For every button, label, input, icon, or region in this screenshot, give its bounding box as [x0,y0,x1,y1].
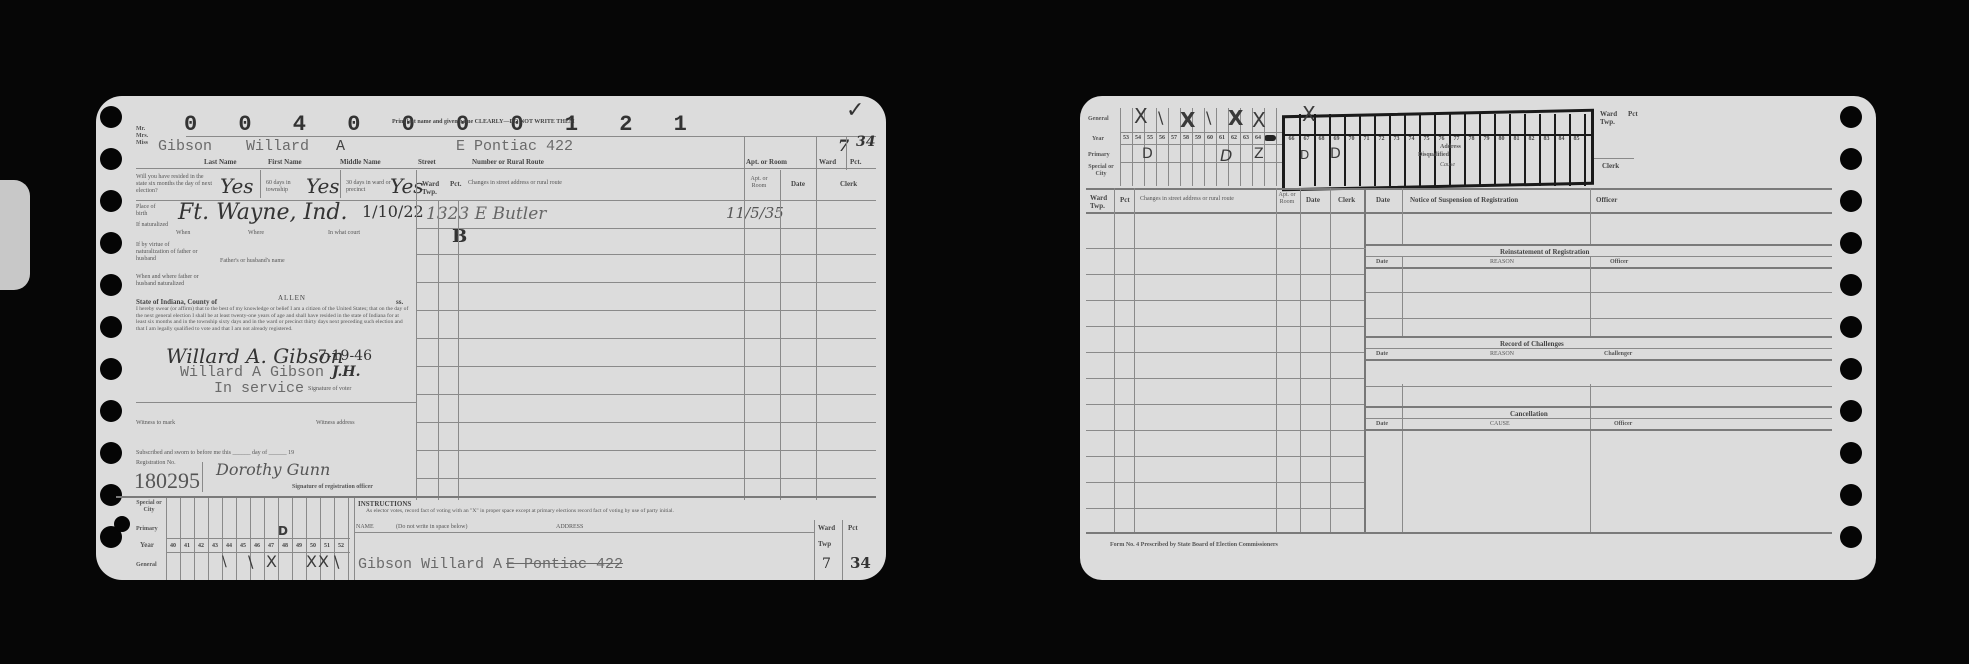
instructions-text: As elector votes, record fact of voting … [366,508,786,515]
rule [1276,108,1277,186]
rule [1509,114,1511,186]
rule [438,200,439,500]
punch-hole [100,106,122,128]
challenges-date: Date [1376,351,1388,358]
rule [1216,108,1217,186]
rule [1204,108,1205,186]
rule [1366,406,1832,408]
year-cell: 72 [1374,136,1389,142]
rule [194,498,195,580]
vote-mark: X [266,552,277,571]
rule [1086,352,1364,353]
rule [1366,256,1832,257]
rule [1366,318,1832,319]
footer-pct: 34 [850,554,871,572]
year-cell: 79 [1479,136,1494,142]
rule [1366,418,1832,419]
court-label: In what court [328,230,360,237]
reinstatement-reason: REASON [1490,259,1514,266]
rule [1086,456,1364,457]
witness-mark-label: Witness to mark [136,420,175,427]
primary-label: Primary [1088,152,1110,159]
vote-mark: X [1252,108,1266,132]
name-label: NAME [356,524,374,531]
adjacent-card-edge [0,180,30,290]
rule [1300,188,1301,532]
suspension-header: Notice of Suspension of Registration [1410,196,1518,204]
voter-registration-card-back: General Year Primary Special or City 53 … [1080,96,1876,580]
punch-hole [1840,400,1862,422]
rule [416,254,876,255]
year-label: Year [1092,136,1104,143]
rule [1132,108,1133,186]
punch-hole [100,358,122,380]
rule [1086,532,1832,534]
punch-hole [100,274,122,296]
year-cell: 80 [1494,136,1509,142]
oath-state-county: State of Indiana, County of [136,298,217,306]
challenges-challenger: Challenger [1604,351,1632,358]
rule [416,228,876,229]
clerk-initials: J.H. [332,364,361,380]
clerk-label: Clerk [1602,162,1619,170]
year-cell: 47 [264,543,278,549]
year-cell: 54 [1132,135,1144,141]
ward-question: 30 days in ward or precinct [346,180,392,194]
punch-hole [100,316,122,338]
rule [1120,108,1121,186]
rule [1554,114,1556,186]
rule [1359,114,1361,186]
year-cell: 51 [320,543,334,549]
punch-hole [100,442,122,464]
rule [1366,359,1832,361]
clerk-header: Clerk [1338,196,1355,204]
rule [348,498,349,580]
signature-date: 7-19-46 [318,348,372,364]
witness-address-label: Witness address [316,420,355,427]
voter-registration-card-front: 0 0 4 0 0 0 0 1 2 1 Print last name and … [96,96,886,580]
when-label: When [176,230,190,237]
pct-label-2: Pct. [450,180,461,188]
last-name-label: Last Name [204,158,236,166]
punch-hole [1840,148,1862,170]
year-cell: 68 [1314,136,1329,142]
state-residency-question: Will you have resided in the state six m… [136,174,216,195]
year-cell: 66 [1284,136,1299,142]
rule [816,136,817,500]
rule [1569,114,1571,186]
rule [1584,114,1586,186]
rule [1464,114,1466,186]
birth-place: Ft. Wayne, Ind. [178,200,347,225]
rule [458,200,459,500]
rule [260,170,261,198]
rule [1086,404,1364,405]
naturalized-label: If naturalized [136,222,168,229]
father-naturalized-label: When and where father or husband natural… [136,274,216,288]
rule [416,450,876,451]
rule [1330,188,1331,532]
year-cell: 77 [1449,136,1464,142]
rule [1114,188,1115,532]
rule [1524,114,1526,186]
year-cell: 62 [1228,135,1240,141]
rule [1086,378,1364,379]
rule [1086,188,1832,190]
no-write-label: (Do not write in space below) [396,524,467,531]
year-cell: 67 [1299,136,1314,142]
rule [1366,348,1832,349]
reinstatement-section [1366,244,1832,384]
pct-value: 34 [856,134,875,150]
parent-naturalization-label: If by virtue of naturalization of father… [136,242,198,263]
year-cell: 84 [1554,136,1569,142]
rule [1156,108,1157,186]
ward-twp-label: Ward Twp. [1600,110,1620,126]
year-cell: 42 [194,543,208,549]
rule [1366,336,1832,338]
reinstatement-date: Date [1376,259,1388,266]
year-cell: 52 [334,543,348,549]
changes-header: Changes in street address or rural route [1140,196,1234,203]
vote-mark: \ [334,552,339,571]
rule [416,338,876,339]
rule [846,136,847,170]
street-label: Street [418,158,436,166]
cancellation-title: Cancellation [1510,410,1548,418]
pct-header: Pct [1120,196,1130,204]
rule [1366,429,1832,431]
reinstatement-title: Reinstatement of Registration [1500,248,1589,256]
address-change-date: 11/5/35 [726,204,784,222]
clerk-label: Clerk [840,180,857,188]
vote-mark: X [1228,106,1243,130]
date2-header: Date [1376,196,1390,204]
rule [1086,274,1364,275]
middle-name-value: A [336,138,345,155]
rule [1404,114,1406,186]
year-cell: 45 [236,543,250,549]
year-cell: 74 [1404,136,1419,142]
form-footer: Form No. 4 Prescribed by State Board of … [1110,542,1278,549]
punch-hole [1840,526,1862,548]
rule [416,310,876,311]
rule [416,422,876,423]
rule [1419,114,1421,186]
year-cell: 64 [1252,135,1264,141]
year-cell: 85 [1569,136,1584,142]
birth-label: Place of birth [136,204,166,218]
footer-pct-label: Pct [848,524,858,532]
rule [1374,114,1376,186]
middle-name-label: Middle Name [340,158,381,166]
year-cell: 43 [208,543,222,549]
rule [814,520,815,580]
vote-mark: X [1134,104,1148,128]
vote-mark: \ [222,554,227,570]
challenges-reason: REASON [1490,351,1514,358]
date-label: Date [791,180,805,188]
ward-twp-header: Ward Twp. [1090,194,1108,210]
primary-party-mark: D [1220,146,1232,165]
rule [1494,114,1496,186]
check-mark: ✓ [846,98,864,123]
rule [354,498,355,580]
rule [1086,212,1832,214]
year-cell: 57 [1168,135,1180,141]
rule [1086,300,1364,301]
year-cell: 81 [1509,136,1524,142]
number-value: 422 [546,138,573,155]
township-question: 60 days in township [266,180,306,194]
rule [1479,114,1481,186]
ward-value: 7 [838,136,849,155]
punch-hole [1840,190,1862,212]
punch-hole [1840,316,1862,338]
footer-address: E Pontiac 422 [506,556,623,573]
rule [1344,114,1346,186]
rule [136,402,416,403]
pct-label: Pct. [850,158,861,166]
rule [842,520,843,580]
year-cell: 59 [1192,135,1204,141]
voter-signature-label: Signature of voter [308,386,351,393]
punch-hole [1840,358,1862,380]
instructions-title: INSTRUCTIONS [358,500,411,508]
vote-mark: X [318,552,329,571]
rule [180,498,181,580]
year-cell: 53 [1120,135,1132,141]
punch-hole-small [114,516,130,532]
apt-header: Apt. or Room [1278,192,1296,206]
year-cell: 82 [1524,136,1539,142]
punch-hole [100,232,122,254]
cancellation-cause: CAUSE [1490,421,1510,428]
year-cell: 44 [222,543,236,549]
punch-hole [1840,484,1862,506]
first-name-label: First Name [268,158,302,166]
primary-party-mark: D [1330,146,1341,162]
year-cell: 73 [1389,136,1404,142]
rule [136,168,876,169]
primary-party-mark: D [278,524,288,538]
footer-ward-label: Ward [818,524,835,532]
where-label: Where [248,230,264,237]
year-cell: 48 [278,543,292,549]
rule [416,478,876,479]
challenges-title: Record of Challenges [1500,340,1564,348]
pct-label: Pct [1628,110,1638,118]
rule [186,136,876,137]
rule [1276,188,1277,532]
registration-number: 180295 [134,468,200,494]
year-cell: 75 [1419,136,1434,142]
birth-date: 1/10/22 [362,202,424,221]
reinstatement-officer: Officer [1610,259,1628,266]
rule [292,498,293,580]
punch-hole [1840,442,1862,464]
footer-ward: 7 [822,556,831,572]
punch-hole [100,400,122,422]
rule [1086,482,1364,483]
rule [416,366,876,367]
year-cell: 41 [180,543,194,549]
address-label: ADDRESS [556,524,583,531]
vote-mark: X [306,552,317,571]
vote-mark: \ [1206,108,1211,127]
number-label: Number or Rural Route [472,158,544,166]
service-note: In service [214,380,304,397]
cancellation-officer: Officer [1614,421,1632,428]
year-cell: 61 [1216,135,1228,141]
cancellation-date: Date [1376,421,1388,428]
title-prefix: Mr. Mrs. Miss [136,126,152,147]
rule [416,394,876,395]
rule [1086,430,1364,431]
year-cell: 55 [1144,135,1156,141]
year-label: Year [140,542,154,549]
rule [1168,108,1169,186]
general-label: General [136,562,157,569]
apt-room-label: Apt. or Room [746,158,787,166]
rule [208,498,209,580]
rule [1402,256,1403,336]
township-answer: Yes [306,174,340,198]
year-cell: 46 [250,543,264,549]
footer-twp-label: Twp [818,540,831,548]
oath-ss: ss. [396,298,403,306]
punch-hole [1840,106,1862,128]
ward-label: Ward [819,158,836,166]
header-instruction: Print last name and given name CLEARLY—D… [392,118,575,126]
oath-text: I hereby swear (or affirm) that to the b… [136,306,410,332]
rule [340,170,341,198]
year-cell: 63 [1240,135,1252,141]
apt-or-room-label: Apt. or Room [748,176,770,190]
primary-party-mark: D [1300,148,1309,162]
general-label: General [1088,116,1109,123]
special-city-label: Special or City [136,500,162,514]
year-cell: 49 [292,543,306,549]
vote-mark: X [1180,108,1195,132]
vote-mark: X [1302,102,1316,126]
rule [1366,267,1832,269]
year-cell: 71 [1359,136,1374,142]
year-cell: 83 [1539,136,1554,142]
registration-officer-signature: Dorothy Gunn [216,460,330,479]
rule [1366,386,1832,387]
primary-party-mark: Z [1254,146,1264,162]
year-cell: 58 [1180,135,1192,141]
disqualified-overlay-label: Disqualified [1418,152,1449,159]
year-cell: 56 [1156,135,1168,141]
rule [1134,188,1135,532]
father-name-label: Father's or husband's name [220,258,285,265]
rule [1539,114,1541,186]
last-name-value: Gibson [158,138,212,155]
address-change-mark: B [452,226,467,247]
year-cell: 69 [1329,136,1344,142]
rule [264,498,265,580]
rule [202,462,203,492]
ward-twp-label: Ward Twp. [422,180,444,196]
vote-mark: \ [1158,108,1163,127]
rule [744,136,745,500]
street-value: E Pontiac [456,138,537,155]
first-name-value: Willard [246,138,309,155]
oath-county: ALLEN [278,294,306,302]
punch-hole [100,484,122,506]
rule [1366,292,1832,293]
year-cell: 78 [1464,136,1479,142]
state-residency-answer: Yes [220,174,254,198]
rule [1594,158,1634,159]
rule [116,496,876,498]
primary-label: Primary [136,526,158,533]
rule [236,498,237,580]
year-cell: 50 [306,543,320,549]
punch-hole [1840,274,1862,296]
primary-party-mark: D [1142,146,1153,162]
punch-hole [100,148,122,170]
date-header: Date [1306,196,1320,204]
year-cell: 70 [1344,136,1359,142]
punch-hole [100,190,122,212]
subscribed-text: Subscribed and sworn to before me this _… [136,450,294,457]
year-cell-blacked: 65 [1264,135,1276,141]
punch-hole [1840,232,1862,254]
year-cell: 40 [166,543,180,549]
address-change-entry: 1323 E Butler [426,204,546,224]
rule [278,498,279,580]
ward-answer: Yes [390,174,424,198]
rule [1590,256,1591,336]
year-cell: 60 [1204,135,1216,141]
changes-label: Changes in street address or rural route [468,180,562,187]
typed-voter-name: Willard A Gibson [180,364,324,381]
rule [166,498,167,580]
registration-officer-label: Signature of registration officer [292,484,373,491]
rule [416,282,876,283]
registration-number-label: Registration No. [136,460,176,467]
special-city-label: Special or City [1088,164,1114,178]
address-overlay-label: Address [1440,144,1461,151]
rule [354,532,814,533]
rule [1366,244,1832,246]
rule [1389,114,1391,186]
vote-mark: \ [248,552,253,571]
officer-header: Officer [1596,196,1617,204]
rule [1086,326,1364,327]
rule [1086,508,1364,509]
rule [1434,114,1436,186]
year-cell: 76 [1434,136,1449,142]
cause-overlay-label: Cause [1440,162,1455,169]
footer-name: Gibson Willard A [358,556,502,573]
